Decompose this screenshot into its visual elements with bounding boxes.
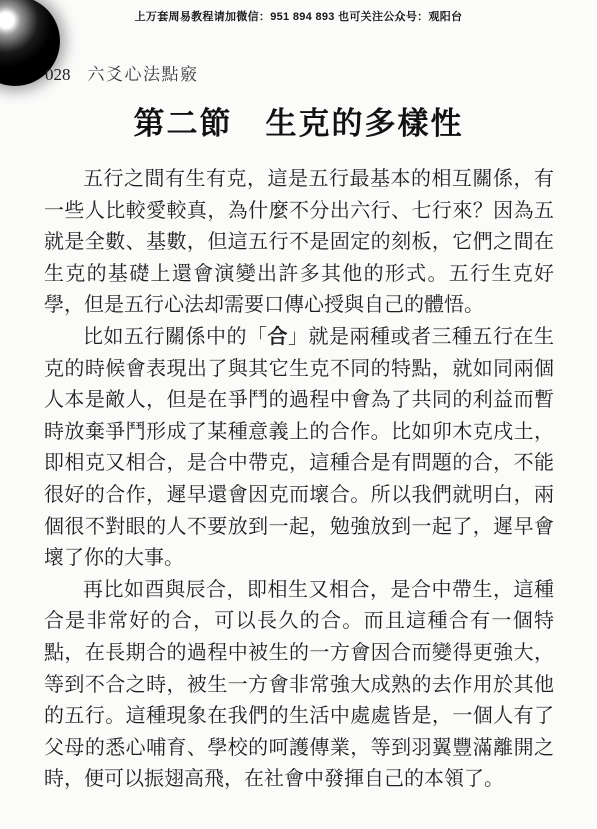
paragraph: 五行之間有生有克，這是五行最基本的相互關係，有一些人比較愛較真，為什麼不分出六行… — [44, 164, 554, 322]
body-line: 點，在長期合的過程中被生的一方會因合而變得更強大， — [44, 638, 554, 670]
body-line: 壞了你的大事。 — [44, 543, 554, 575]
body-line: 五行之間有生有克，這是五行最基本的相互關係，有 — [44, 164, 554, 196]
body-line: 合是非常好的合，可以長久的合。而且這種合有一個特 — [44, 606, 554, 638]
book-page: 上万套周易教程请加微信：951 894 893 也可关注公众号：观阳台 028 … — [0, 0, 597, 829]
paragraph: 再比如酉與辰合，即相生又相合，是合中帶生，這種合是非常好的合，可以長久的合。而且… — [44, 575, 554, 796]
body-line: 一些人比較愛較真，為什麼不分出六行、七行來？因為五 — [44, 196, 554, 228]
page-header: 028 六爻心法點竅 — [45, 60, 199, 85]
body-line: 克的時候會表現出了與其它生克不同的特點，就如同兩個 — [44, 354, 554, 386]
body-line: 時，便可以振翅高飛，在社會中發揮自己的本領了。 — [44, 764, 554, 796]
paragraph: 比如五行關係中的「合」就是兩種或者三種五行在生克的時候會表現出了與其它生克不同的… — [44, 322, 554, 575]
body-line: 的五行。這種現象在我們的生活中處處皆是，一個人有了 — [44, 701, 554, 733]
body-line: 等到不合之時，被生一方會非常強大成熟的去作用於其他 — [44, 670, 554, 702]
body-line: 就是全數、基數，但這五行不是固定的刻板，它們之間在 — [44, 227, 554, 259]
body-line: 比如五行關係中的「合」就是兩種或者三種五行在生 — [44, 322, 554, 354]
body-line: 時放棄爭鬥形成了某種意義上的合作。比如卯木克戌土， — [44, 417, 554, 449]
body-line: 生克的基礎上還會演變出許多其他的形式。五行生克好 — [44, 259, 554, 291]
body-text: 五行之間有生有克，這是五行最基本的相互關係，有一些人比較愛較真，為什麼不分出六行… — [44, 164, 554, 796]
book-title: 六爻心法點竅 — [88, 60, 199, 85]
page-number: 028 — [45, 65, 71, 85]
promo-banner: 上万套周易教程请加微信：951 894 893 也可关注公众号：观阳台 — [0, 8, 597, 24]
body-line: 個很不對眼的人不要放到一起，勉強放到一起了，遲早會 — [44, 512, 554, 544]
body-line: 再比如酉與辰合，即相生又相合，是合中帶生，這種 — [44, 575, 554, 607]
body-line: 很好的合作，遲早還會因克而壞合。所以我們就明白，兩 — [44, 480, 554, 512]
body-line: 學，但是五行心法却需要口傳心授與自己的體悟。 — [44, 290, 554, 322]
body-line: 人本是敵人，但是在爭鬥的過程中會為了共同的利益而暫 — [44, 385, 554, 417]
body-line: 即相克又相合，是合中帶克，這種合是有問題的合，不能 — [44, 448, 554, 480]
section-title: 第二節 生克的多樣性 — [0, 98, 597, 143]
body-line: 父母的悉心哺育、學校的呵護傳業，等到羽翼豐滿離開之 — [44, 733, 554, 765]
